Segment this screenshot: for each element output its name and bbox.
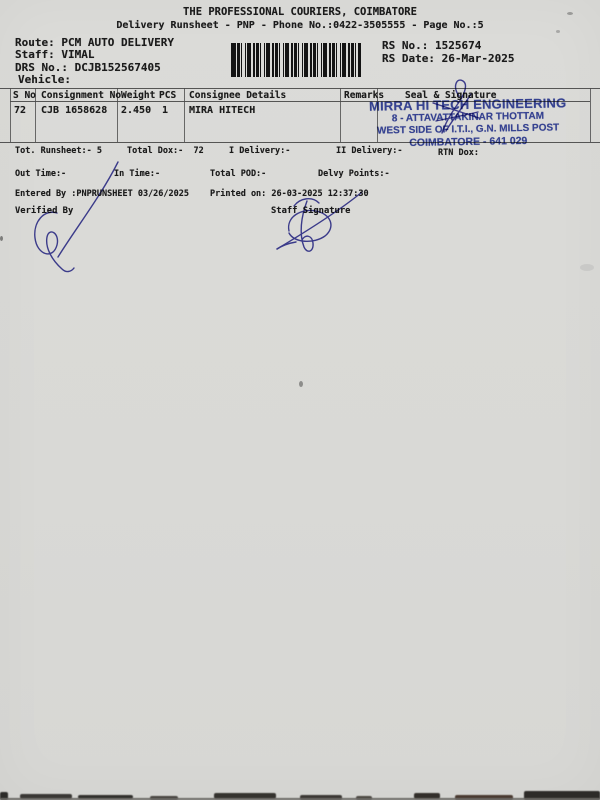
col-header-seal-signature: Seal & Signature — [405, 90, 497, 101]
staff-label: Staff: — [15, 48, 55, 61]
vehicle-line: Vehicle: — [18, 73, 71, 86]
scanned-runsheet-page: THE PROFESSIONAL COURIERS, COIMBATORE De… — [0, 0, 600, 800]
entered-by-label: Entered By : — [15, 189, 76, 199]
col-header-pcs: PCS — [159, 90, 176, 101]
rtn-dox: RTN Dox: — [438, 148, 479, 158]
rs-no-value: 1525674 — [435, 39, 481, 52]
rs-date-line: RS Date: 26-Mar-2025 — [382, 52, 514, 65]
table-column-line — [10, 88, 11, 142]
table-column-line — [340, 88, 341, 142]
noise-speck — [580, 264, 594, 271]
rs-no-line: RS No.: 1525674 — [382, 39, 481, 52]
printed-on-line: Printed on: 26-03-2025 12:37:30 — [210, 189, 369, 199]
cell-weight: 2.450 — [121, 105, 151, 116]
table-top-border — [0, 88, 600, 89]
total-dox-label: Total Dox:- — [127, 146, 183, 156]
ii-delivery: II Delivery:- — [336, 146, 403, 156]
entered-by-value: PNPRUNSHEET 03/26/2025 — [76, 189, 189, 199]
tot-runsheet-label: Tot. Runsheet:- — [15, 146, 92, 156]
barcode — [231, 43, 361, 77]
col-header-weight: Weight — [121, 90, 155, 101]
stamp-line-3: WEST SIDE OF I.T.I., G.N. MILLS POST — [340, 122, 596, 138]
cell-pcs: 1 — [162, 105, 168, 116]
verified-by-label: Verified By — [15, 206, 73, 216]
printed-on-label: Printed on: — [210, 189, 266, 199]
rs-date-value: 26-Mar-2025 — [442, 52, 515, 65]
total-dox: Total Dox:- 72 — [127, 146, 204, 156]
company-title: THE PROFESSIONAL COURIERS, COIMBATORE — [0, 6, 600, 18]
col-header-s-no: S No — [13, 90, 36, 101]
total-pod: Total POD:- — [210, 169, 266, 179]
tot-runsheet-value: 5 — [97, 146, 102, 156]
printed-on-value: 26-03-2025 12:37:30 — [271, 189, 368, 199]
table-bottom-border — [0, 142, 600, 143]
noise-speck — [556, 30, 560, 33]
noise-speck — [299, 381, 303, 387]
drs-value: DCJB152567405 — [75, 61, 161, 74]
in-time: In Time:- — [114, 169, 160, 179]
noise-speck — [0, 236, 3, 241]
staff-value: VIMAL — [61, 48, 94, 61]
i-delivery: I Delivery:- — [229, 146, 290, 156]
tot-runsheet: Tot. Runsheet:- 5 — [15, 146, 102, 156]
stamp-line-2: 8 - ATTAVATTAKINAR THOTTAM — [340, 110, 596, 126]
cell-s-no: 72 — [14, 105, 26, 116]
staff-line: Staff: VIMAL — [15, 48, 95, 61]
table-column-line — [184, 88, 185, 142]
col-header-consignment-no: Consignment No — [41, 90, 121, 101]
delvy-points: Delvy Points:- — [318, 169, 390, 179]
col-header-remarks: Remarks — [344, 90, 384, 101]
staff-signature-label: Staff Signature — [271, 206, 350, 216]
out-time: Out Time:- — [15, 169, 66, 179]
cell-consignment-no: CJB 1658628 — [41, 105, 107, 116]
table-column-line — [590, 88, 591, 142]
total-dox-value: 72 — [194, 146, 204, 156]
table-header-border — [10, 101, 590, 102]
entered-by-line: Entered By :PNPRUNSHEET 03/26/2025 — [15, 189, 189, 199]
noise-speck — [567, 12, 573, 15]
cell-consignee: MIRA HITECH — [189, 105, 255, 116]
rs-date-label: RS Date: — [382, 52, 435, 65]
staff-signature — [277, 192, 362, 251]
signatures-overlay — [0, 0, 600, 800]
rs-no-label: RS No.: — [382, 39, 428, 52]
vehicle-label: Vehicle: — [18, 73, 71, 86]
runsheet-subtitle: Delivery Runsheet - PNP - Phone No.:0422… — [0, 20, 600, 31]
col-header-consignee-details: Consignee Details — [189, 90, 286, 101]
